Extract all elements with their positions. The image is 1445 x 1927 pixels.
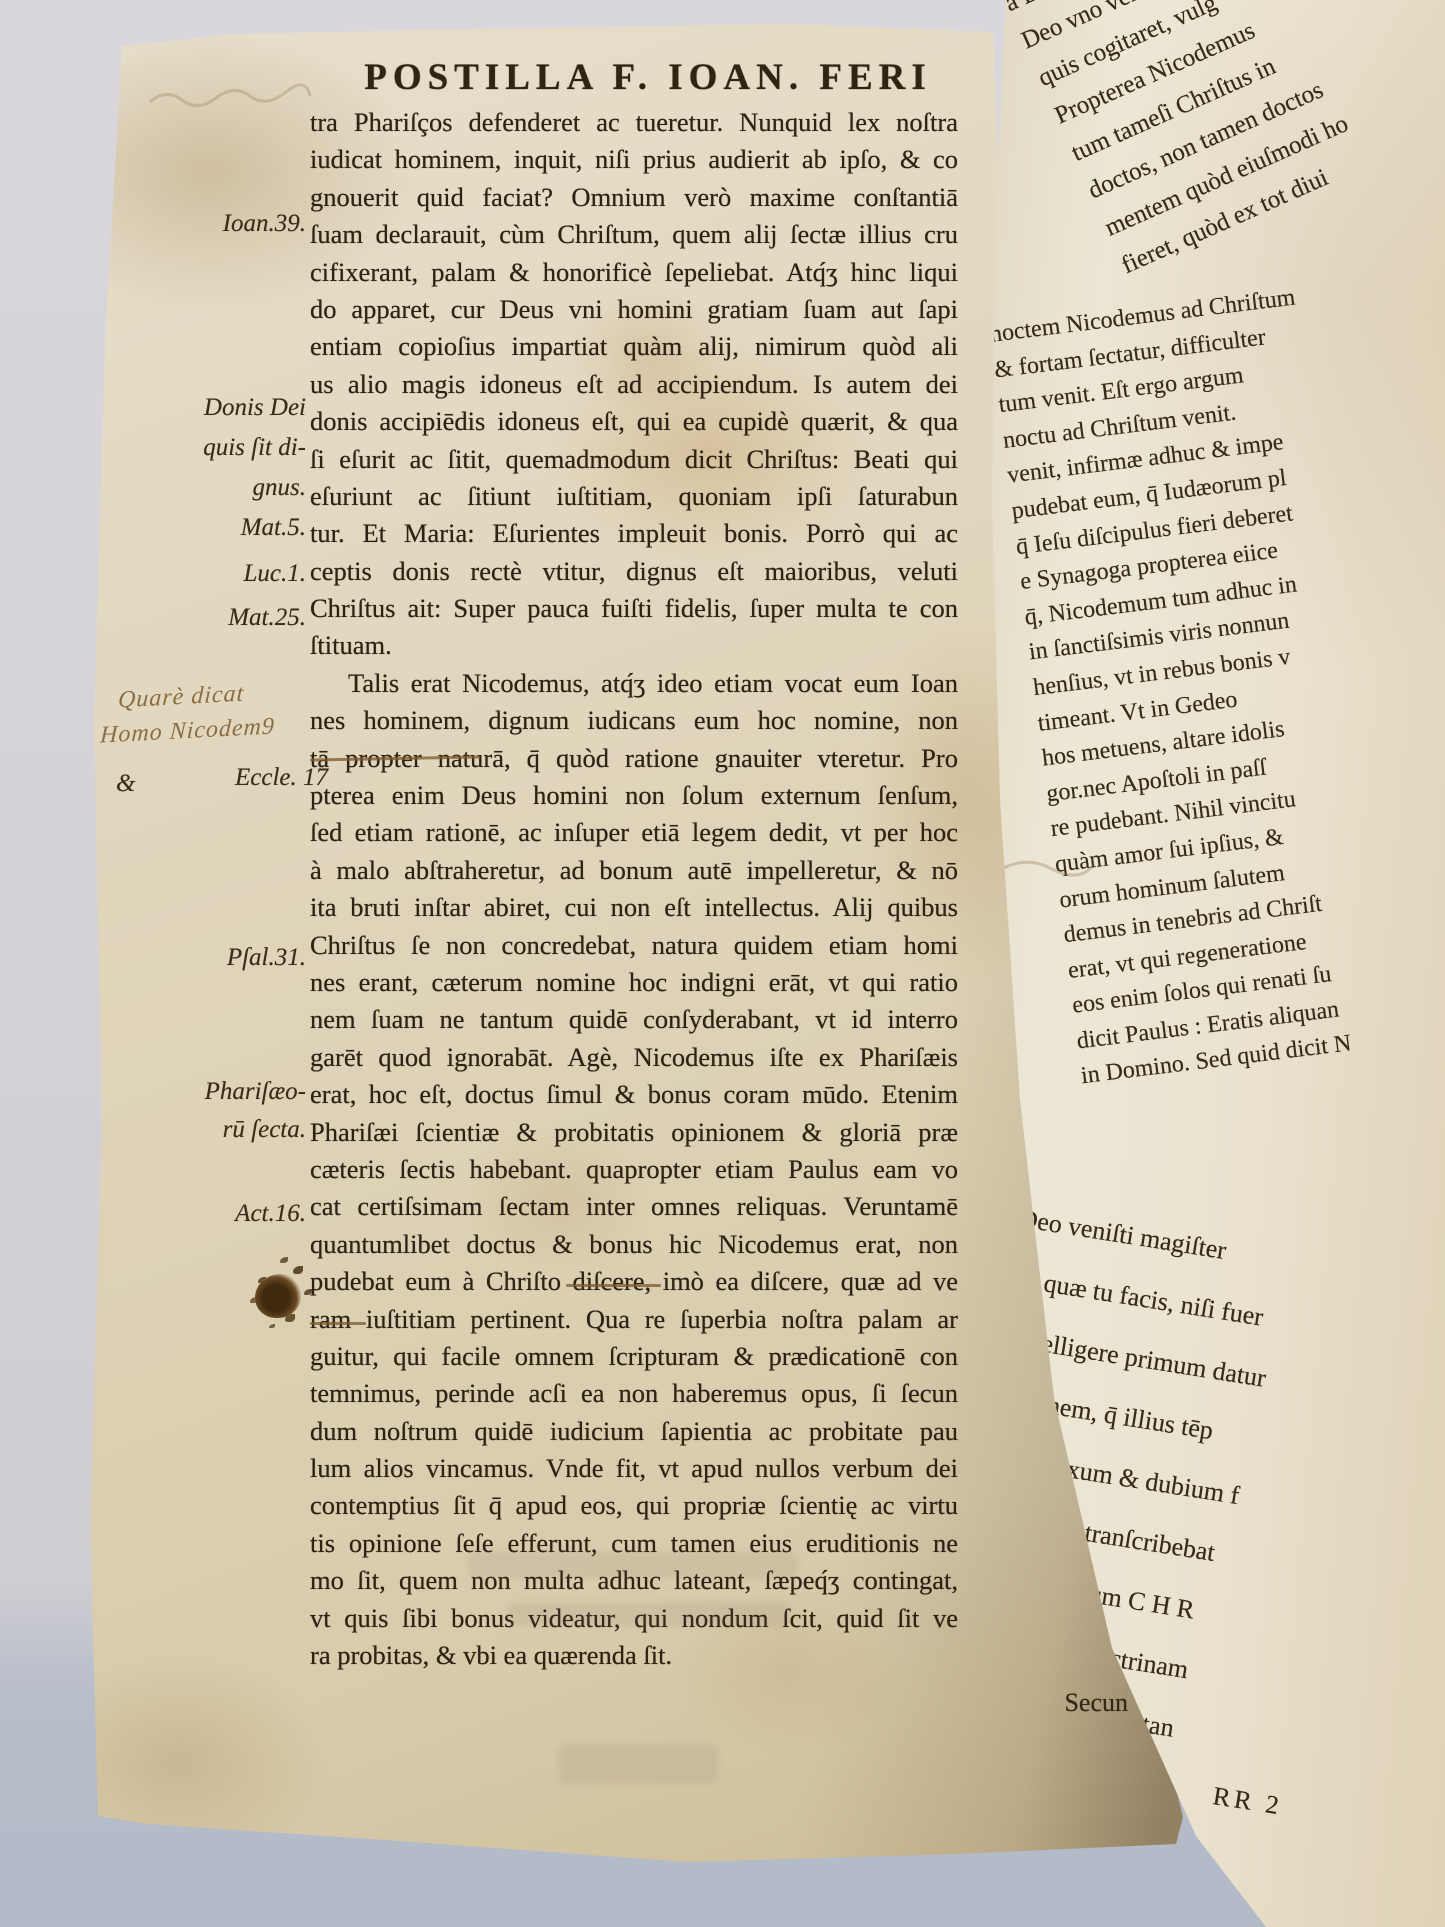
margin-note-pharisaei-1: Phariſæo-: [106, 1078, 306, 1106]
body-text-line: do apparet, cur Deus vni homini gratiam …: [310, 291, 958, 328]
show-through-smudge: [558, 1744, 718, 1784]
body-text-line: cifixerant, palam & honorificè ſepelieba…: [310, 254, 958, 291]
body-text-block: tra Phariſços defenderet ac tueretur. Nu…: [310, 104, 958, 1674]
body-text-line: entiam copioſius impartiat quàm alij, ni…: [310, 328, 958, 365]
margin-ref-act16: Act.16.: [106, 1200, 306, 1228]
body-text-line: tra Phariſços defenderet ac tueretur. Nu…: [310, 104, 958, 141]
margin-ref-mat5: Mat.5.: [106, 514, 306, 542]
show-through-smudge: [468, 1552, 798, 1578]
body-text-line: us alio magis idoneus eſt ad accipiendum…: [310, 366, 958, 403]
margin-ref-psal31: Pſal.31.: [106, 944, 306, 972]
body-text-line: eſuriunt ac ſitiunt iuſtitiam, quoniam i…: [310, 478, 958, 515]
ink-blot: [255, 1274, 301, 1318]
body-text-line: nem ſuam ne tantum quidē conſyderabant, …: [310, 1001, 958, 1038]
faded-ink-scribble: [146, 80, 316, 116]
body-text-line: nes hominem, dignum iudicans eum hoc nom…: [310, 702, 958, 739]
body-text-line: lum alios vincamus. Vnde fit, vt apud nu…: [310, 1450, 958, 1487]
body-text-line: iudicat hominem, inquit, niſi prius audi…: [310, 141, 958, 178]
body-text-line: dum noſtrum quidē iudicium ſapientia ac …: [310, 1413, 958, 1450]
body-text-line: ceptis donis rectè vtitur, dignus eſt ma…: [310, 553, 958, 590]
body-text-line: tur. Et Maria: Eſurientes impleuit bonis…: [310, 515, 958, 552]
body-text-line: nes erant, cæterum nomine hoc indigni er…: [310, 964, 958, 1001]
right-page-line: RR 2: [1208, 1766, 1287, 1836]
margin-note-donis-1: Donis Dei: [106, 394, 306, 422]
body-text-line: gnouerit quid faciat? Omnium verò maxime…: [310, 179, 958, 216]
body-text-line: pterea enim Deus homini non ſolum extern…: [310, 777, 958, 814]
body-text-line: guitur, qui facile omnem ſcripturam & pr…: [310, 1338, 958, 1375]
body-text-line: à malo abſtraheretur, ad bonum autē impe…: [310, 852, 958, 889]
body-text-line: cat certiſsimam ſectam inter omnes reliq…: [310, 1188, 958, 1225]
margin-ref-ioan39: Ioan.39.: [106, 210, 306, 238]
body-text-line: quantumlibet doctus & bonus hic Nicodemu…: [310, 1226, 958, 1263]
body-text-line: ra probitas, & vbi ea quærenda ſit.: [310, 1637, 958, 1674]
margin-ref-luc1: Luc.1.: [106, 560, 306, 588]
body-text-line: Talis erat Nicodemus, atq́ʒ ideo etiam v…: [310, 665, 958, 702]
body-text-line: erat, hoc eſt, doctus ſimul & bonus cora…: [310, 1076, 958, 1113]
margin-note-donis-2: quis ſit di-: [106, 434, 306, 462]
body-text-line: ita bruti inſtar abiret, cui non eſt int…: [310, 889, 958, 926]
body-text-line: donis accipiēdis idoneus eſt, qui ea cup…: [310, 403, 958, 440]
body-text-line: ſi eſurit ac ſitit, quemadmodum dicit Ch…: [310, 441, 958, 478]
body-text-line: garēt quod ignorabāt. Agè, Nicodemus iſt…: [310, 1039, 958, 1076]
body-text-line: contemptius ſit q̄ apud eos, qui propriæ…: [310, 1487, 958, 1524]
body-text-line: cæteris ſectis habebant. quapropter etia…: [310, 1151, 958, 1188]
handwritten-note-line-2: Homo Nicodem9: [99, 713, 275, 749]
right-page-text-middle: noctem Nicodemus ad Chriſtum& fortam ſec…: [988, 281, 1388, 1096]
reader-underline: [566, 1284, 661, 1287]
body-text-line: Phariſæi ſcientiæ & probitatis opinionem…: [310, 1114, 958, 1151]
photo-of-open-book: { "page": { "header": "POSTILLA F. IOAN.…: [0, 0, 1445, 1927]
show-through-smudge: [508, 1602, 788, 1626]
margin-ref-mat25: Mat.25.: [106, 604, 306, 632]
catchword: Secun: [938, 1688, 1128, 1718]
body-text-line: pudebat eum à Chriſto diſcere, imò ea di…: [310, 1263, 958, 1300]
handwritten-note-line-1: Quarè dicat: [117, 681, 245, 715]
running-header: POSTILLA F. IOAN. FERI: [298, 56, 998, 99]
margin-note-donis-3: gnus.: [106, 474, 306, 502]
body-text-line: Chriſtus ſe non concredebat, natura quid…: [310, 927, 958, 964]
right-page-text-top: à Deo fuiſſet, exibatDeo vno verbo. Poſt…: [998, 0, 1372, 286]
body-text-line: ſuam declarauit, cùm Chriſtum, quem alij…: [310, 216, 958, 253]
body-text-line: temnimus, perinde acſi ea non haberemus …: [310, 1375, 958, 1412]
margin-ref-eccle17: Eccle. 17: [128, 764, 328, 792]
margin-note-pharisaei-2: rū ſecta.: [106, 1116, 306, 1144]
reader-underline: [310, 1322, 366, 1325]
body-text-line: ram iuſtitiam pertinent. Qua re ſuperbia…: [310, 1301, 958, 1338]
body-text-line: ſed etiam rationē, ac inſuper etiā legem…: [310, 814, 958, 851]
body-text-line: ſtituam.: [310, 627, 958, 664]
body-text-line: Chriſtus ait: Super pauca fuiſti fidelis…: [310, 590, 958, 627]
